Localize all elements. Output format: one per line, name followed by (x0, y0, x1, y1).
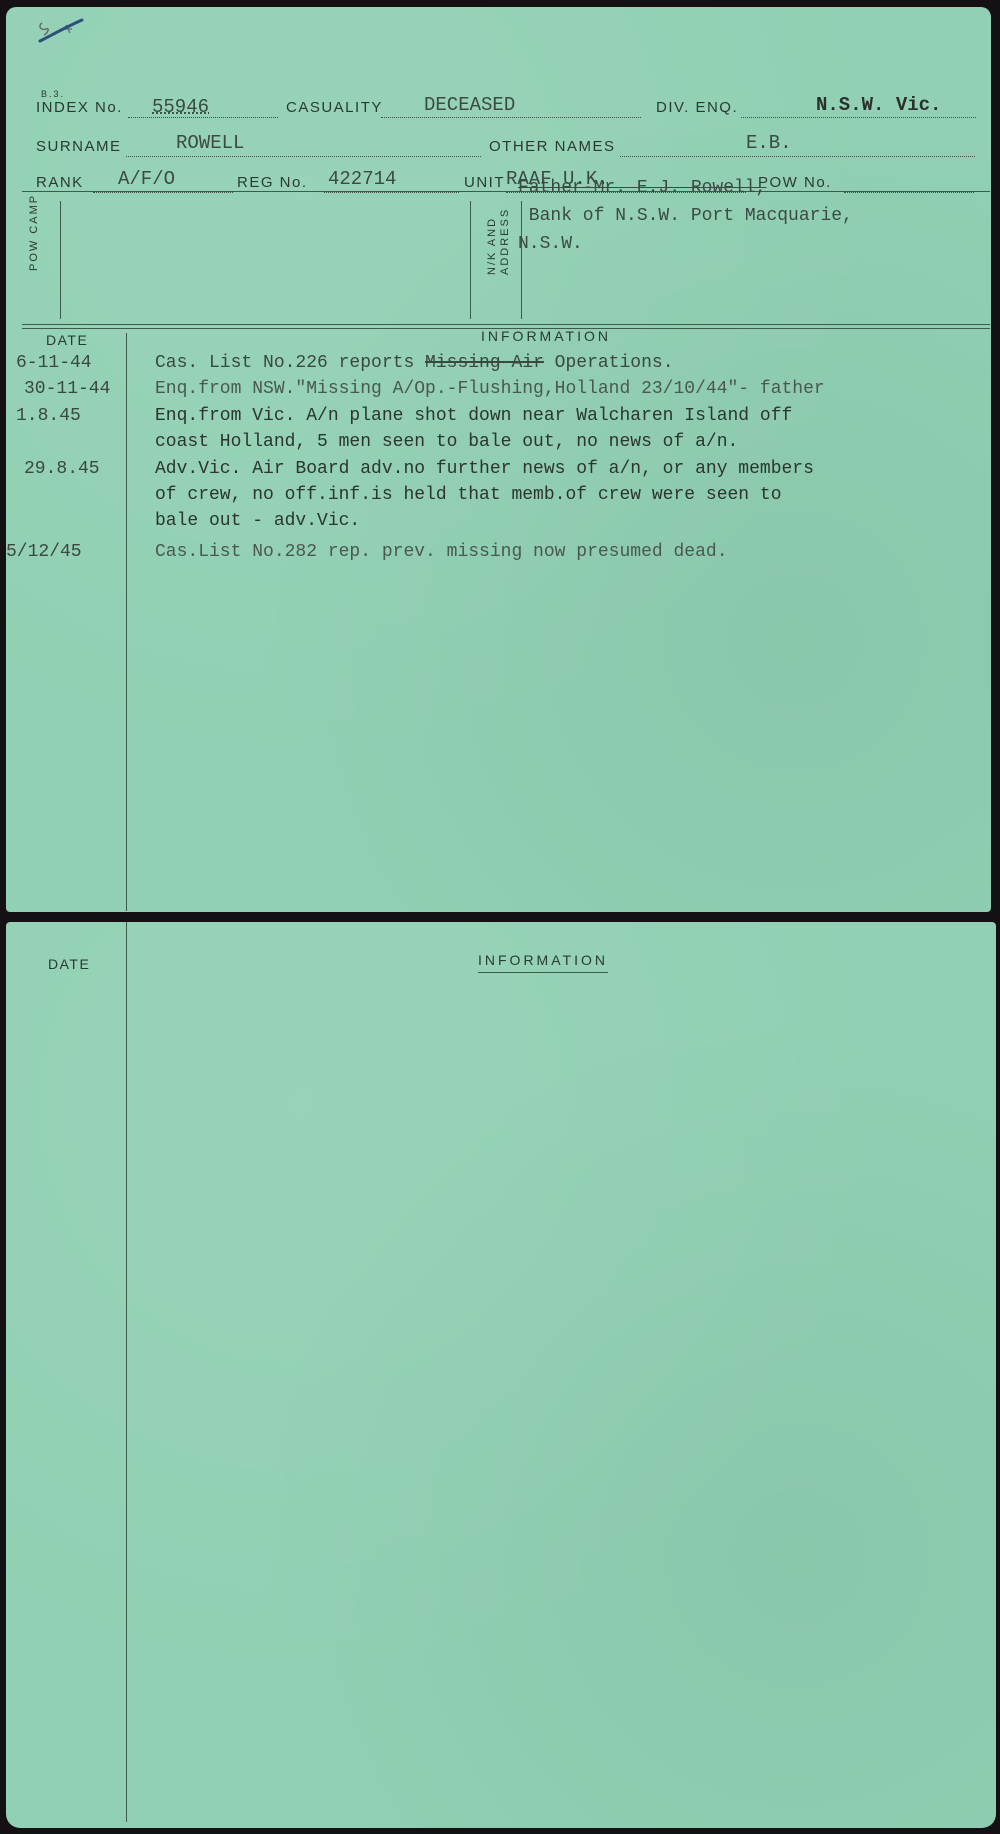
pow-no-rule (844, 192, 974, 193)
surname-label: SURNAME (36, 138, 122, 155)
surname-value: ROWELL (176, 132, 244, 154)
rank-value: A/F/O (118, 168, 175, 190)
struck-text: Missing Air (425, 353, 544, 373)
reg-no-rule (324, 192, 459, 193)
nk-left-divider (470, 201, 471, 319)
entry-text-line: Enq.from Vic. A/n plane shot down near W… (155, 406, 792, 426)
surname-rule (126, 156, 481, 157)
pow-camp-label: POW CAMP (28, 194, 40, 271)
form-code: B.3. (41, 89, 65, 99)
nk-address-label: N/K AND ADDRESS (486, 208, 512, 275)
back-information-heading: INFORMATION (478, 952, 608, 973)
casuality-label: CASUALITY (286, 99, 383, 116)
reg-no-value: 422714 (328, 168, 396, 190)
nk-address-line-1: Father-Mr. E.J. Rowell, (518, 174, 853, 202)
entry-text-line: Cas. List No.226 reports Missing Air Ope… (155, 353, 674, 373)
reg-no-label: REG No. (237, 174, 308, 191)
other-names-value: E.B. (746, 132, 792, 154)
information-heading: INFORMATION (481, 328, 611, 344)
div-enq-rule (741, 117, 976, 118)
entry-text-line: bale out - adv.Vic. (155, 511, 360, 531)
entry-date: 29.8.45 (24, 459, 100, 479)
entry-text-line: coast Holland, 5 men seen to bale out, n… (155, 432, 738, 452)
div-enq-label: DIV. ENQ. (656, 99, 738, 116)
entry-date: 30-11-44 (24, 379, 110, 399)
nk-and-label: N/K AND (486, 217, 498, 275)
entry-date: 5/12/45 (6, 542, 82, 562)
entry-date: 1.8.45 (16, 406, 81, 426)
pow-camp-divider (60, 201, 61, 319)
casualty-card-front: B.3. INDEX No. 55946 CASUALITY DECEASED … (6, 7, 991, 912)
div-enq-value: N.S.W. Vic. (816, 94, 941, 116)
index-no-label: INDEX No. (36, 99, 123, 116)
other-names-rule (620, 156, 975, 157)
casualty-card-back: DATE INFORMATION (6, 922, 996, 1828)
back-date-column-divider (126, 922, 127, 1822)
unit-label: UNIT (464, 174, 505, 191)
info-top-rule-1 (22, 324, 990, 325)
back-date-heading: DATE (48, 956, 90, 972)
entry-date: 6-11-44 (16, 353, 92, 373)
rank-label: RANK (36, 174, 84, 191)
index-no-value: 55946 (152, 96, 209, 118)
other-names-label: OTHER NAMES (489, 138, 616, 155)
date-heading: DATE (46, 332, 88, 348)
entry-text-line: Enq.from NSW."Missing A/Op.-Flushing,Hol… (155, 379, 825, 399)
entry-text-line: Adv.Vic. Air Board adv.no further news o… (155, 459, 814, 479)
entry-text-line: Cas.List No.282 rep. prev. missing now p… (155, 542, 728, 562)
date-column-divider (126, 333, 127, 911)
nk-address-value: Father-Mr. E.J. Rowell, Bank of N.S.W. P… (518, 174, 853, 258)
casuality-value: DECEASED (424, 94, 515, 116)
rank-rule (93, 192, 233, 193)
corner-pencil-mark-icon (36, 17, 84, 43)
nk-address-line-3: N.S.W. (518, 230, 853, 258)
entry-text-line: of crew, no off.inf.is held that memb.of… (155, 485, 782, 505)
nk-address-line-2: Bank of N.S.W. Port Macquarie, (518, 202, 853, 230)
address-label: ADDRESS (499, 208, 511, 275)
casuality-rule (381, 117, 641, 118)
